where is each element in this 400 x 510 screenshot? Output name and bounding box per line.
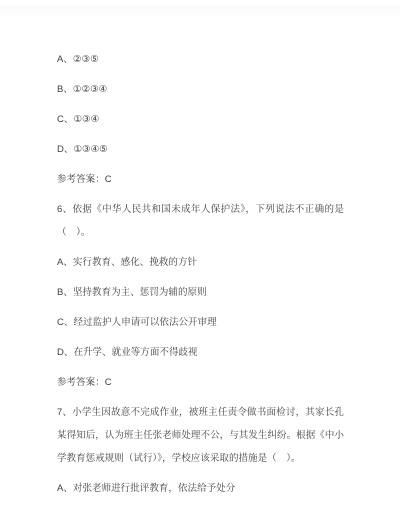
option-c-q6: C、经过监护人申请可以依法公开审理 bbox=[57, 311, 344, 334]
option-a-q6: A、实行教育、感化、挽救的方针 bbox=[57, 251, 344, 274]
option-a-q7: A、对张老师进行批评教育，依法给予处分 bbox=[57, 477, 344, 500]
option-b-prev: B、①②③④ bbox=[57, 78, 344, 101]
question-7: 7、小学生因故意不完成作业，被班主任责令做书面检讨，其家长孔某得知后，认为班主任… bbox=[57, 401, 344, 470]
document-page: A、②③⑤ B、①②③④ C、①③④ D、①③④⑤ 参考答案：C 6、依据《中华… bbox=[0, 0, 400, 510]
top-fade-band bbox=[0, 6, 400, 20]
question-6: 6、依据《中华人民共和国未成年人保护法》，下列说法不正确的是（ ）。 bbox=[57, 198, 344, 244]
reference-answer-prev: 参考答案：C bbox=[57, 168, 344, 191]
option-c-prev: C、①③④ bbox=[57, 108, 344, 131]
option-b-q6: B、坚持教育为主、惩罚为辅的原则 bbox=[57, 281, 344, 304]
reference-answer-q6: 参考答案：C bbox=[57, 371, 344, 394]
option-d-q6: D、在升学、就业等方面不得歧视 bbox=[57, 341, 344, 364]
option-d-prev: D、①③④⑤ bbox=[57, 138, 344, 161]
option-a-prev: A、②③⑤ bbox=[57, 48, 344, 71]
